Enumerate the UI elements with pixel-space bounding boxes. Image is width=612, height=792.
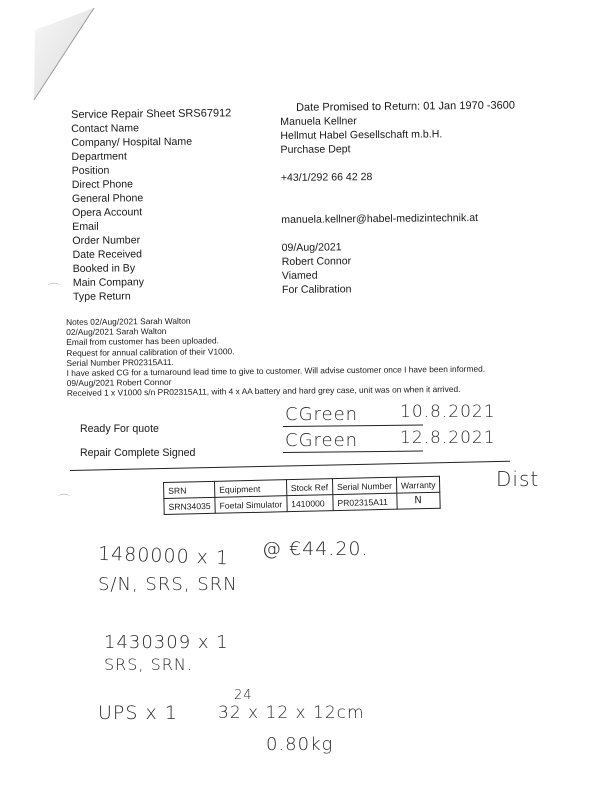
handwritten-part-2-docs: SRS, SRN.: [104, 655, 193, 674]
cell-stock-ref: 1410000: [286, 495, 333, 512]
signature-line: [283, 451, 423, 453]
handwritten-dimensions: 32 x 12 x 12cm: [218, 703, 365, 723]
cell-serial-number: PR02315A11: [333, 493, 397, 510]
sheet-title: Service Repair Sheet SRS67912: [71, 106, 231, 122]
ready-for-quote-signature: CGreen: [285, 404, 358, 425]
col-equipment: Equipment: [215, 480, 287, 498]
repair-complete-label: Repair Complete Signed: [80, 447, 195, 459]
scanned-document-page: Service Repair Sheet SRS67912 Contact Na…: [0, 0, 612, 792]
label-type-return: Type Return: [73, 288, 233, 304]
repair-complete-signature: CGreen: [285, 430, 358, 451]
handwritten-weight: 0.80kg: [266, 734, 333, 755]
repair-complete-date: 12.8.2021: [400, 428, 496, 448]
handwritten-dist: Dist: [496, 467, 539, 491]
ready-for-quote-label: Ready For quote: [80, 423, 159, 435]
cell-equipment: Foetal Simulator: [215, 496, 287, 514]
handwritten-part-1: 1480000 x 1: [98, 543, 230, 570]
field-labels: Service Repair Sheet SRS67912 Contact Na…: [71, 106, 233, 304]
col-warranty: Warranty: [396, 476, 440, 493]
handwritten-shipping: UPS x 1: [98, 702, 178, 724]
scan-smudge: ⌒: [48, 280, 60, 297]
handwritten-dimension-correction: 24: [234, 688, 253, 703]
section-divider: [70, 461, 510, 471]
equipment-table: SRN Equipment Stock Ref Serial Number Wa…: [163, 476, 441, 515]
cell-warranty: N: [397, 492, 441, 509]
folded-corner: [0, 0, 110, 110]
col-serial-number: Serial Number: [332, 477, 396, 494]
col-stock-ref: Stock Ref: [286, 479, 333, 496]
col-srn: SRN: [164, 481, 215, 498]
handwritten-part-1-docs: S/N, SRS, SRN: [98, 574, 238, 595]
cell-srn: SRN34035: [164, 497, 215, 514]
field-values: Date Promised to Return: 01 Jan 1970 -36…: [280, 99, 517, 297]
signature-line: [283, 425, 423, 427]
date-promised: Date Promised to Return: 01 Jan 1970 -36…: [280, 99, 515, 115]
notes-block: Notes 02/Aug/2021 Sarah Walton 02/Aug/20…: [66, 313, 485, 399]
handwritten-price: @ €44.20.: [262, 538, 369, 560]
handwritten-part-2: 1430309 x 1: [104, 632, 229, 653]
scan-smudge: ⌒: [58, 491, 70, 508]
ready-for-quote-date: 10.8.2021: [400, 402, 496, 422]
value-type-return: For Calibration: [282, 281, 517, 297]
